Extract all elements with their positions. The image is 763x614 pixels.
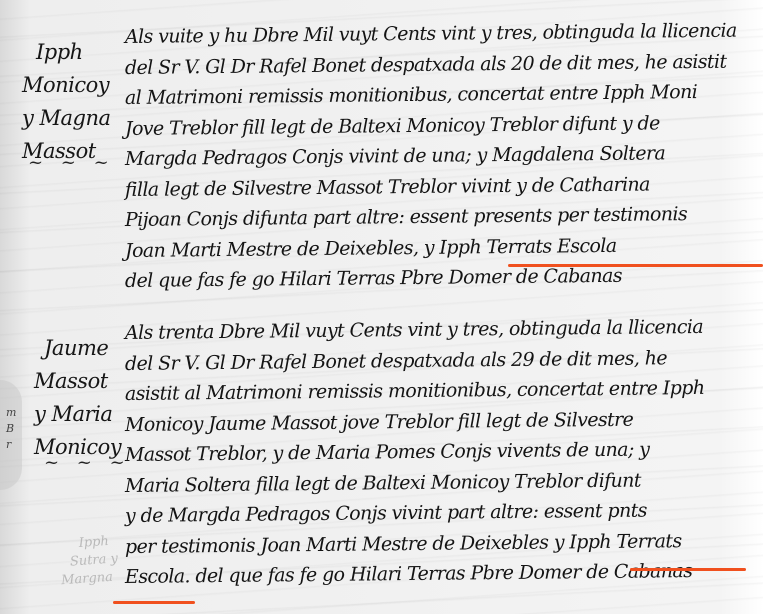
register-page: Ipph Monicoy y Magna Massot ~ ~ ~ Als vu… bbox=[0, 0, 763, 614]
side-note-line: B bbox=[6, 421, 16, 437]
margin-names-entry-1: Ipph Monicoy y Magna Massot bbox=[22, 36, 111, 168]
margin-name-line: Massot bbox=[34, 365, 121, 398]
margin-names-entry-2: Jaume Massot y Maria Monicoy bbox=[34, 332, 121, 464]
entry-1-text: Als vuite y hu Dbre Mil vuyt Cents vint … bbox=[125, 22, 737, 297]
margin-tilde-entry-2: ~ ~ ~ bbox=[44, 452, 131, 473]
entry-2-text: Als trenta Dbre Mil vuyt Cents vint y tr… bbox=[125, 318, 704, 593]
margin-name-line: Ipph bbox=[22, 36, 111, 69]
highlight-underline-witness-1 bbox=[508, 264, 763, 267]
text-line: Escola. del que fas fe go Hilari Terras … bbox=[125, 556, 705, 593]
margin-name-line: y Maria bbox=[34, 398, 121, 431]
margin-name-line: y Magna bbox=[22, 102, 111, 135]
side-note-line: r bbox=[6, 437, 16, 453]
side-note: m B r bbox=[6, 405, 16, 453]
side-note-line: m bbox=[6, 405, 16, 421]
highlight-underline-witness-2a bbox=[630, 568, 746, 571]
margin-name-line: Jaume bbox=[34, 332, 121, 365]
margin-tilde-entry-1: ~ ~ ~ bbox=[28, 152, 115, 173]
margin-name-line: Monicoy bbox=[22, 69, 111, 102]
highlight-underline-witness-2b bbox=[113, 601, 195, 604]
faded-margin-text: Ipph Sutra y Margna bbox=[38, 532, 120, 591]
